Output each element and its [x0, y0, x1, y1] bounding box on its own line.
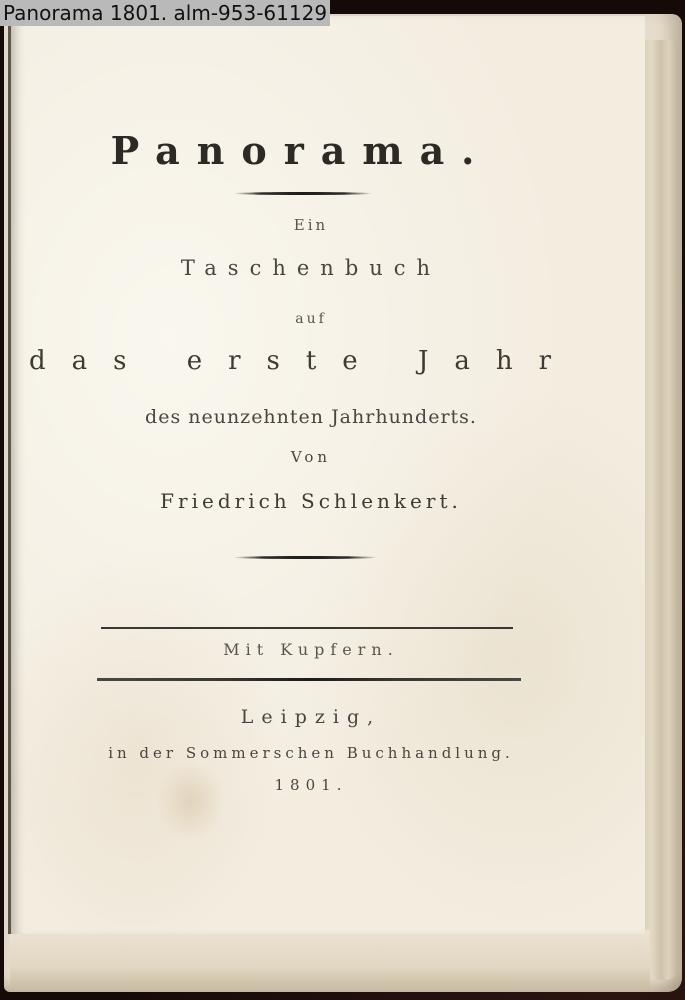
subtitle-taschenbuch: Taschenbuch: [11, 256, 611, 280]
subtitle-das-erste-jahr: das erste Jahr: [3, 346, 603, 376]
title-page: Panorama. Ein Taschenbuch auf das erste …: [8, 16, 645, 934]
imprint-year: 1801.: [11, 776, 611, 794]
paper-stain: [156, 761, 226, 841]
ornamental-rule: [233, 556, 378, 559]
illustrations-note: Mit Kupfern.: [11, 640, 611, 659]
by-line: Von: [11, 448, 611, 466]
divider-rule-bottom: [97, 678, 521, 681]
imprint-place: Leipzig,: [11, 706, 611, 728]
subtitle-jahrhunderts: des neunzehnten Jahrhunderts.: [11, 406, 611, 428]
page-edges-bottom: [10, 930, 650, 990]
divider-rule-top: [101, 627, 513, 629]
page-edges-right: [640, 40, 678, 980]
book-title: Panorama.: [1, 128, 601, 173]
author-name: Friedrich Schlenkert.: [11, 489, 611, 513]
subtitle-auf: auf: [11, 311, 611, 327]
image-caption: Panorama 1801. alm-953-61129: [0, 0, 330, 26]
ornamental-rule: [233, 192, 373, 195]
imprint-publisher: in der Sommerschen Buchhandlung.: [11, 744, 611, 762]
subtitle-ein: Ein: [11, 216, 611, 234]
